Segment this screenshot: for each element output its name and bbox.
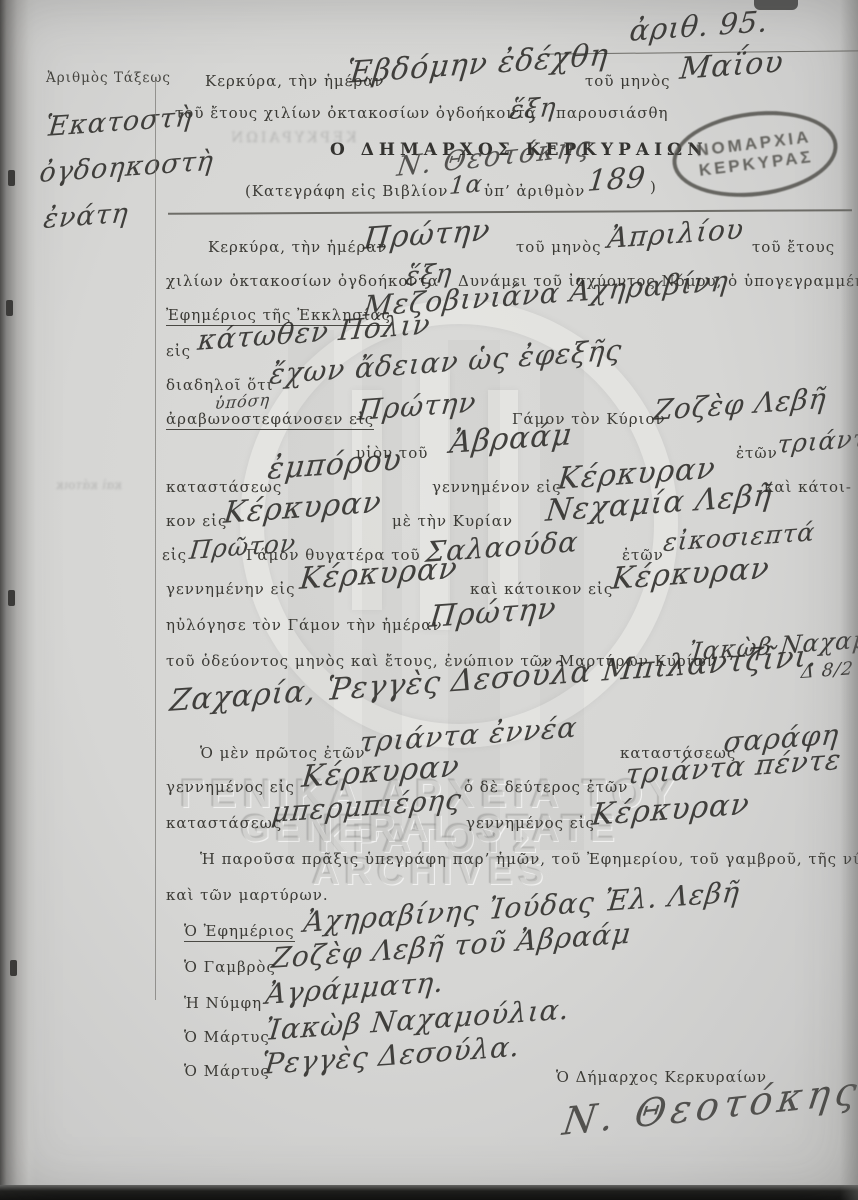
form-text: καὶ τῶν μαρτύρων. xyxy=(166,886,329,904)
binding-stitch xyxy=(8,170,15,186)
form-text: ηὐλόγησε τὸν Γάμον τὴν ἡμέραν xyxy=(166,616,443,634)
form-text: τοῦ ἔτους χιλίων ὀκτακοσίων ὀγδοήκοντα xyxy=(175,104,537,122)
form-text: ἐτῶν xyxy=(736,444,778,462)
handwritten-act-day: Πρώτην xyxy=(362,213,492,257)
form-text: παρουσιάσθη xyxy=(556,104,668,122)
form-text: ὑπ’ ἀριθμὸν xyxy=(484,182,585,200)
prefecture-oval-stamp: ΝΟΜΑΡΧΙΑ ΚΕΡΚΥΡΑΣ xyxy=(668,102,843,206)
handwritten-registration-day: Ἑβδόμην ἐδέχθη xyxy=(345,37,611,91)
form-text: Κερκύρα, τὴν ἡμέραν xyxy=(208,238,388,256)
page-bottom-scan-edge xyxy=(0,1185,858,1200)
handwritten-corner-number: ἀριθ. 95. xyxy=(628,4,770,48)
form-text: καταστάσεως xyxy=(166,814,282,832)
handwritten-bride-age: εἰκοσιεπτά xyxy=(662,517,817,557)
handwritten-order-number: Ἑκατοστὴ xyxy=(44,101,194,143)
scanned-marriage-record-page: ΓΕΝΙΚΑ ΑΡΧΕΙΑ ΤΟΥ ΚΡΑΤΟΥΣ GENERAL STATE … xyxy=(0,0,858,1200)
handwritten-registration-year: ἕξη xyxy=(508,92,558,126)
bleed-through-text: καὶ κάτοικ xyxy=(56,478,122,492)
handwritten-groom-name: Ζοζὲφ Λεβῆ xyxy=(652,382,828,427)
form-text: εἰς xyxy=(162,546,187,564)
binding-stitch xyxy=(8,590,15,606)
margin-divider-line xyxy=(155,80,156,1000)
handwritten-interline-note: ὑπόση xyxy=(214,390,271,413)
witness1-label: Ὁ Μάρτυς xyxy=(184,1028,270,1046)
form-text: γεννημένος εἰς xyxy=(166,778,295,796)
margin-order-number-label: Ἀριθμὸς Τάξεως xyxy=(46,70,171,86)
mayor-signature-overlay: Ν. Θεοτόκης xyxy=(395,131,594,183)
form-text: καὶ κάτοι- xyxy=(764,478,852,496)
officiant-label: Ὁ Ἐφημέριος xyxy=(184,922,295,942)
section-divider-line xyxy=(168,209,852,214)
bride-label: Ἡ Νύμφη xyxy=(184,994,262,1012)
form-text: Ἡ παροῦσα πρᾶξις ὑπεγράφη παρ’ ἡμῶν, τοῦ… xyxy=(200,850,858,868)
form-text: (Κατεγράφη εἰς Βιβλίον xyxy=(245,182,448,200)
form-text: εἰς xyxy=(166,342,191,360)
form-text: ὁ δὲ δεύτερος ἐτῶν xyxy=(464,778,628,796)
form-text: τοῦ μηνὸς xyxy=(516,238,602,256)
form-text: ἀραβωνοστεφάνοσεν εἰς xyxy=(166,410,374,430)
binding-stitch xyxy=(10,960,17,976)
form-text: κον εἰς xyxy=(166,512,227,530)
handwritten-registration-month: Μαΐου xyxy=(678,44,786,87)
form-text: μὲ τὴν Κυρίαν xyxy=(392,512,513,530)
form-text: ) xyxy=(650,178,657,196)
form-text: τοῦ ἔτους xyxy=(752,238,835,256)
form-text: τοῦ μηνὸς xyxy=(585,72,671,90)
handwritten-order-number: ὀγδοηκοστὴ xyxy=(38,146,215,189)
form-text: γεννημένος εἰς xyxy=(466,814,595,832)
book-binding-edge xyxy=(0,0,36,1200)
binding-stitch xyxy=(6,300,13,316)
handwritten-order-number: ἐνάτη xyxy=(42,198,130,235)
groom-label: Ὁ Γαμβρὸς xyxy=(184,958,276,976)
handwritten-act-month: Ἀπριλίου xyxy=(606,212,746,255)
form-text: γεννημένον εἰς xyxy=(432,478,562,496)
page-right-scan-edge xyxy=(840,0,858,1200)
witness2-label: Ὁ Μάρτυς xyxy=(184,1062,270,1080)
scan-smudge xyxy=(754,0,798,10)
handwritten-act-number: 189 xyxy=(586,160,648,198)
form-text: γεννημένην εἰς xyxy=(166,580,296,598)
handwritten-book-number: 1α xyxy=(448,169,484,200)
